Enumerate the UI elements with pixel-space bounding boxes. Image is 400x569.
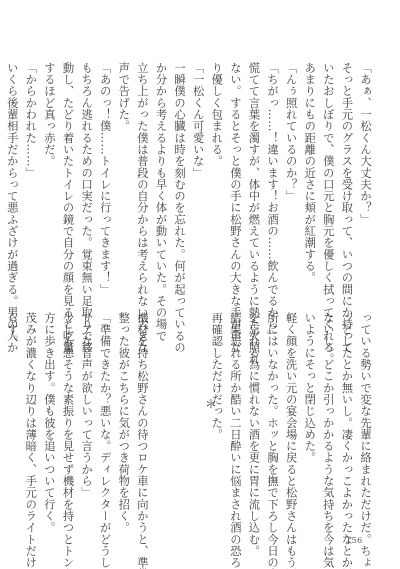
page-number: 156 [346, 536, 363, 545]
text-line: もちろん逃れるための口実だった。覚束無い足取りで移 [77, 62, 96, 294]
text-line: 「準備できたか？悪いな。ディレクターがどうしてもク [95, 312, 114, 544]
text-line: するほど真っ赤だ。 [39, 62, 58, 294]
text-line: 少しも悪そうな素振りを見せず機材を持つとトンネルの [58, 312, 77, 544]
text-line: を忘れる為に慣れない酒を更に胃に流し込む。 [244, 312, 263, 544]
text-line: いたおしぼりで、僕の口元と胸元を優しく拭ってくれる。 [318, 62, 337, 294]
text-line: 方に歩き出す。僕も彼を追いついて行く。 [39, 312, 58, 544]
text-line: いようにそっと閉じ込めた。 [300, 312, 319, 544]
text-line: 所にはいなかった。ホッと胸を撫で下ろし今日の出来事 [262, 312, 281, 544]
text-line: ない。するとそっと僕の手に松野さんの大きな手が重な [225, 62, 244, 294]
text-block-bottom: っている勢いで変な先輩に絡まれただけだ。ちょっとドキ ッとしたとか無いし。凄くか… [0, 312, 374, 544]
text-line: 機材を持ち松野さんの待つロケ車に向かうと、準備の [132, 312, 151, 544]
text-line: 一瞬僕の心臓は時を刻むのを忘れた。何が起っているの [169, 62, 188, 294]
text-line: らあんな扱いを受けたのはもちろん初めてで、お酒が入 [0, 62, 2, 294]
text-line: 再確認しただけだった。 [207, 312, 226, 544]
text-line: 茂みが濃くなり辺りは薄暗く、手元のライトだけが前を照 [21, 312, 40, 544]
text-line: 動し、たどり着いたトイレの鏡で自分の顔を見ると吃驚 [58, 62, 77, 294]
section-gap [151, 312, 170, 544]
text-line: ッとしたとか無いし。凄くかっこよかったなとか思って [337, 312, 356, 544]
text-line: ないし。どこか引っかかるような気持ちを今は気がつかな [318, 312, 337, 544]
section-gap [169, 312, 188, 544]
text-line: 立ち上がった僕は普段の自分からは考えられない大きな [132, 62, 151, 294]
text-line: り優しく包まれる。 [207, 62, 226, 294]
text-line: 「あのっ！僕……トイレに行ってきます！」 [95, 62, 114, 294]
text-line: 2人でカメラを固定し、映像のチェックを行う。夜間 [0, 312, 2, 544]
scene-break-asterisk: ＊ [205, 395, 217, 412]
book-page: 「あぁ、一松くん大丈夫か？」 そっと手元のグラスを受け取って、いつの間にか持って… [0, 0, 400, 569]
text-line: そっと手元のグラスを受け取って、いつの間にか持って [337, 62, 356, 294]
text-line: 「あぁ、一松くん大丈夫か？」 [355, 62, 374, 294]
text-line: いくら後輩相手だからって悪ふざけが過ぎる。男の人か [2, 62, 21, 294]
section-gap [188, 312, 207, 544]
text-line: 結果忘れる所か酷い二日酔いに悩まされ酒の恐ろしさを [225, 312, 244, 544]
text-line: っている勢いで変な先輩に絡まれただけだ。ちょっとドキ [355, 312, 374, 544]
text-line: か分から考えるよりも早く体が動いていた。その場で [151, 62, 170, 294]
text-line: あまりにもの距離の近さに頬が紅潮する。 [300, 62, 319, 294]
text-line: 軽く顔を洗い元の宴会場に戻ると松野さんはもう同じ場 [281, 312, 300, 544]
text-line: 声で告げた。 [114, 62, 133, 294]
text-line: リアな音声が欲しいって言うから」 [77, 312, 96, 544]
text-line: 「んぅ照れているのか？」 [281, 62, 300, 294]
text-line: 「からかわれた……」 [21, 62, 40, 294]
text-line: 整った彼がこちらに気がつき荷物を招く。 [114, 312, 133, 544]
text-line: 「一松くん可愛いな」 [188, 62, 207, 294]
text-line: らす。 [2, 312, 21, 544]
text-line: 「ちがっ……！違います！お酒の……飲んでるから」 [262, 62, 281, 294]
text-line: 慌てて言葉を濁すが、体中が燃えているように熱た火照れ [244, 62, 263, 294]
text-block-top: 「あぁ、一松くん大丈夫か？」 そっと手元のグラスを受け取って、いつの間にか持って… [0, 62, 374, 294]
